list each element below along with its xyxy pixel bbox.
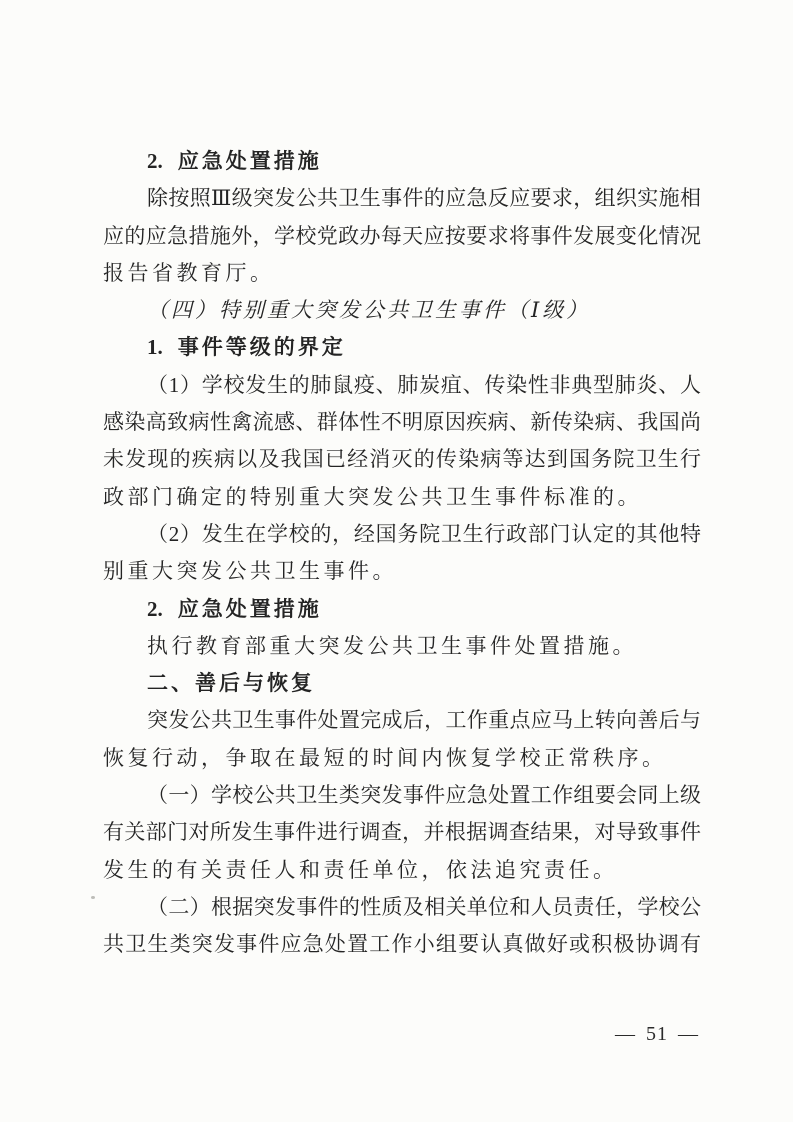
- body-line: 除按照Ⅲ级突发公共卫生事件的应急反应要求，组织实施相: [103, 180, 701, 217]
- body-line: 应的应急措施外，学校党政办每天应按要求将事件发展变化情况: [103, 218, 701, 255]
- subheading-number: 2.: [147, 149, 163, 173]
- body-line: （二）根据突发事件的性质及相关单位和人员责任，学校公: [103, 889, 701, 926]
- body-line: 有关部门对所发生事件进行调查，并根据调查结果，对导致事件: [103, 814, 701, 851]
- body-line: 执行教育部重大突发公共卫生事件处置措施。: [103, 628, 701, 665]
- subheading-number: 1.: [147, 335, 163, 359]
- body-line: （1）学校发生的肺鼠疫、肺炭疽、传染性非典型肺炎、人: [103, 367, 701, 404]
- scan-speck-artifact: [91, 896, 95, 899]
- subheading-emergency-measures-2: 2.应急处置措施: [103, 591, 701, 628]
- body-line: 恢复行动，争取在最短的时间内恢复学校正常秩序。: [103, 740, 701, 777]
- footer-number: 51: [646, 1023, 668, 1045]
- body-line: 别重大突发公共卫生事件。: [103, 553, 701, 590]
- subheading-text: 应急处置措施: [178, 149, 322, 173]
- body-line: 未发现的疾病以及我国已经消灭的传染病等达到国务院卫生行: [103, 441, 701, 478]
- subheading-event-grade: 1.事件等级的界定: [103, 329, 701, 366]
- footer-right-dash: —: [678, 1023, 699, 1045]
- body-line: 感染高致病性禽流感、群体性不明原因疾病、新传染病、我国尚: [103, 404, 701, 441]
- body-line: 共卫生类突发事件应急处置工作小组要认真做好或积极协调有: [103, 926, 701, 963]
- clause-heading-level-I: （四）特别重大突发公共卫生事件（Ⅰ级）: [103, 292, 701, 329]
- body-line: （一）学校公共卫生类突发事件应急处置工作组要会同上级: [103, 777, 701, 814]
- subheading-number: 2.: [147, 597, 163, 621]
- subheading-text: 应急处置措施: [178, 597, 322, 621]
- subheading-text: 事件等级的界定: [178, 335, 346, 359]
- chapter-heading-aftermath-recovery: 二、善后与恢复: [103, 665, 701, 702]
- body-line: 政部门确定的特别重大突发公共卫生事件标准的。: [103, 479, 701, 516]
- subheading-emergency-measures-1: 2.应急处置措施: [103, 143, 701, 180]
- body-line: 突发公共卫生事件处置完成后，工作重点应马上转向善后与: [103, 702, 701, 739]
- page-number: —51—: [615, 1021, 699, 1047]
- body-line: 发生的有关责任人和责任单位，依法追究责任。: [103, 852, 701, 889]
- document-text: 2.应急处置措施 除按照Ⅲ级突发公共卫生事件的应急反应要求，组织实施相 应的应急…: [103, 143, 701, 964]
- footer-left-dash: —: [615, 1023, 636, 1045]
- document-page: 2.应急处置措施 除按照Ⅲ级突发公共卫生事件的应急反应要求，组织实施相 应的应急…: [0, 0, 793, 1122]
- body-line: （2）发生在学校的，经国务院卫生行政部门认定的其他特: [103, 516, 701, 553]
- body-line: 报告省教育厅。: [103, 255, 701, 292]
